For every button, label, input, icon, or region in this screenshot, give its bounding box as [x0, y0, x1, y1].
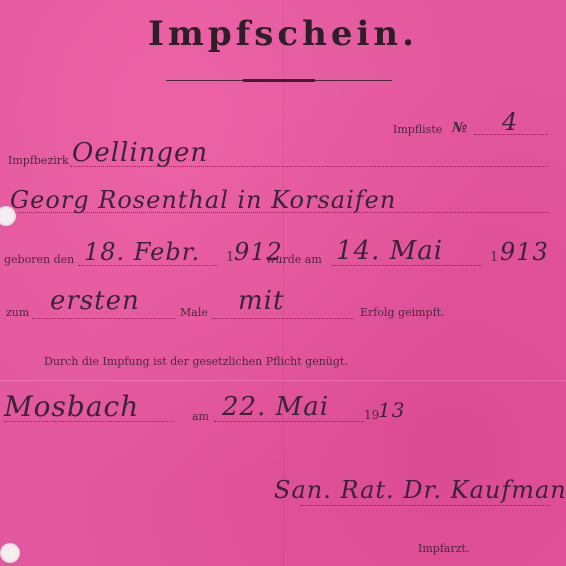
physician-signature: San. Rat. Dr. Kaufmann — [274, 476, 566, 504]
district-label: Impfbezirk — [8, 154, 69, 167]
success-value: mit — [238, 286, 284, 316]
vaccinated-year-value: 913 — [500, 238, 549, 266]
vaccinated-year-prefix: 1 — [490, 250, 498, 265]
vaccinated-label: wurde am — [266, 253, 322, 266]
name-value: Georg Rosenthal in Korsaifen — [10, 186, 396, 214]
times-label: Male — [180, 306, 208, 319]
born-day-month: 18. Febr. — [84, 238, 200, 266]
place-value: Mosbach — [4, 390, 139, 423]
born-label: geboren den — [4, 253, 74, 266]
document-title: Impfschein. — [0, 14, 566, 54]
list-number-value: 4 — [502, 108, 518, 136]
fold-line-horizontal — [0, 380, 566, 381]
success-label: Erfolg geimpft. — [360, 306, 445, 319]
title-rule-ornament — [243, 79, 315, 82]
vaccination-certificate: Impfschein. Impfliste № 4 Impfbezirk Oel… — [0, 0, 566, 566]
legal-statement: Durch die Impfung ist der gesetzlichen P… — [44, 355, 348, 368]
district-value: Oellingen — [72, 138, 208, 168]
issue-day-month: 22. Mai — [222, 392, 329, 422]
list-label: Impfliste — [393, 123, 442, 136]
success-line — [212, 318, 354, 319]
signature-label: Impfarzt. — [418, 542, 469, 555]
times-line — [32, 318, 176, 319]
date-prefix: am — [192, 410, 209, 423]
list-number-symbol: № — [452, 120, 467, 136]
punch-hole-top — [0, 206, 16, 226]
vaccinated-day-month: 14. Mai — [336, 236, 443, 266]
issue-year-prefix: 19 — [364, 408, 379, 422]
punch-hole-bottom — [0, 543, 20, 563]
times-value: ersten — [50, 286, 140, 316]
times-prefix: zum — [6, 306, 29, 319]
signature-line — [300, 505, 550, 506]
issue-year-value: 13 — [378, 398, 405, 422]
